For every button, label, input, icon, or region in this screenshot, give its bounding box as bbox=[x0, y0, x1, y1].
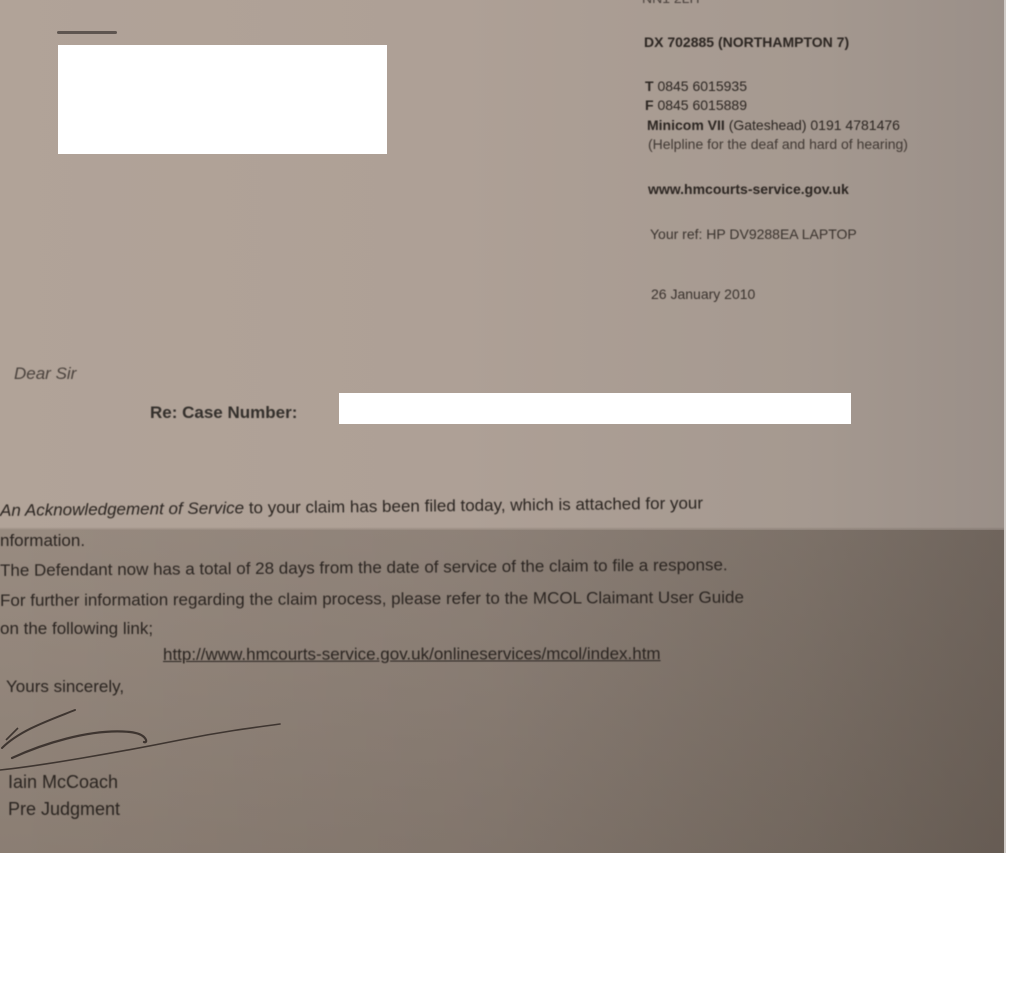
telephone-value: 0845 6015935 bbox=[657, 78, 747, 94]
fax-label: F bbox=[645, 97, 654, 113]
telephone: T 0845 6015935 bbox=[645, 77, 747, 96]
dx-number: DX 702885 (NORTHAMPTON 7) bbox=[644, 33, 849, 52]
redacted-address-block bbox=[58, 45, 387, 154]
acknowledgement-phrase: An Acknowledgement of Service bbox=[0, 498, 244, 520]
website-link[interactable]: www.hmcourts-service.gov.uk bbox=[648, 180, 849, 199]
body-paragraph-2: The Defendant now has a total of 28 days… bbox=[0, 550, 728, 586]
telephone-label: T bbox=[645, 78, 654, 94]
body-paragraph-3: For further information regarding the cl… bbox=[0, 583, 744, 616]
paragraph-1-text: to your claim has been filed today, whic… bbox=[244, 494, 703, 518]
case-number-label: Re: Case Number: bbox=[150, 403, 297, 423]
minicom: Minicom VII (Gateshead) 0191 4781476 bbox=[647, 116, 900, 135]
signatory-name: Iain McCoach bbox=[8, 772, 118, 793]
minicom-value: (Gateshead) 0191 4781476 bbox=[729, 117, 900, 133]
fax: F 0845 6015889 bbox=[645, 96, 747, 115]
closing: Yours sincerely, bbox=[6, 677, 124, 697]
address-dash bbox=[57, 31, 117, 34]
minicom-label: Minicom VII bbox=[647, 117, 725, 133]
redacted-case-number bbox=[339, 393, 851, 424]
dx-text: DX 702885 (NORTHAMPTON 7) bbox=[644, 34, 849, 50]
signatory-role: Pre Judgment bbox=[8, 799, 120, 820]
your-reference: Your ref: HP DV9288EA LAPTOP bbox=[650, 225, 857, 244]
address-partial-line: NN1 2LH bbox=[642, 0, 700, 6]
body-paragraph-1-continued: nformation. bbox=[0, 526, 85, 556]
body-paragraph-3-continued: on the following link; bbox=[0, 614, 153, 644]
letter-date: 26 January 2010 bbox=[651, 285, 755, 304]
salutation: Dear Sir bbox=[14, 364, 76, 384]
helpline-note: (Helpline for the deaf and hard of heari… bbox=[648, 135, 908, 154]
fax-value: 0845 6015889 bbox=[657, 97, 747, 113]
mcol-guide-link[interactable]: http://www.hmcourts-service.gov.uk/onlin… bbox=[163, 639, 661, 670]
photo-edge bbox=[1004, 0, 1006, 853]
